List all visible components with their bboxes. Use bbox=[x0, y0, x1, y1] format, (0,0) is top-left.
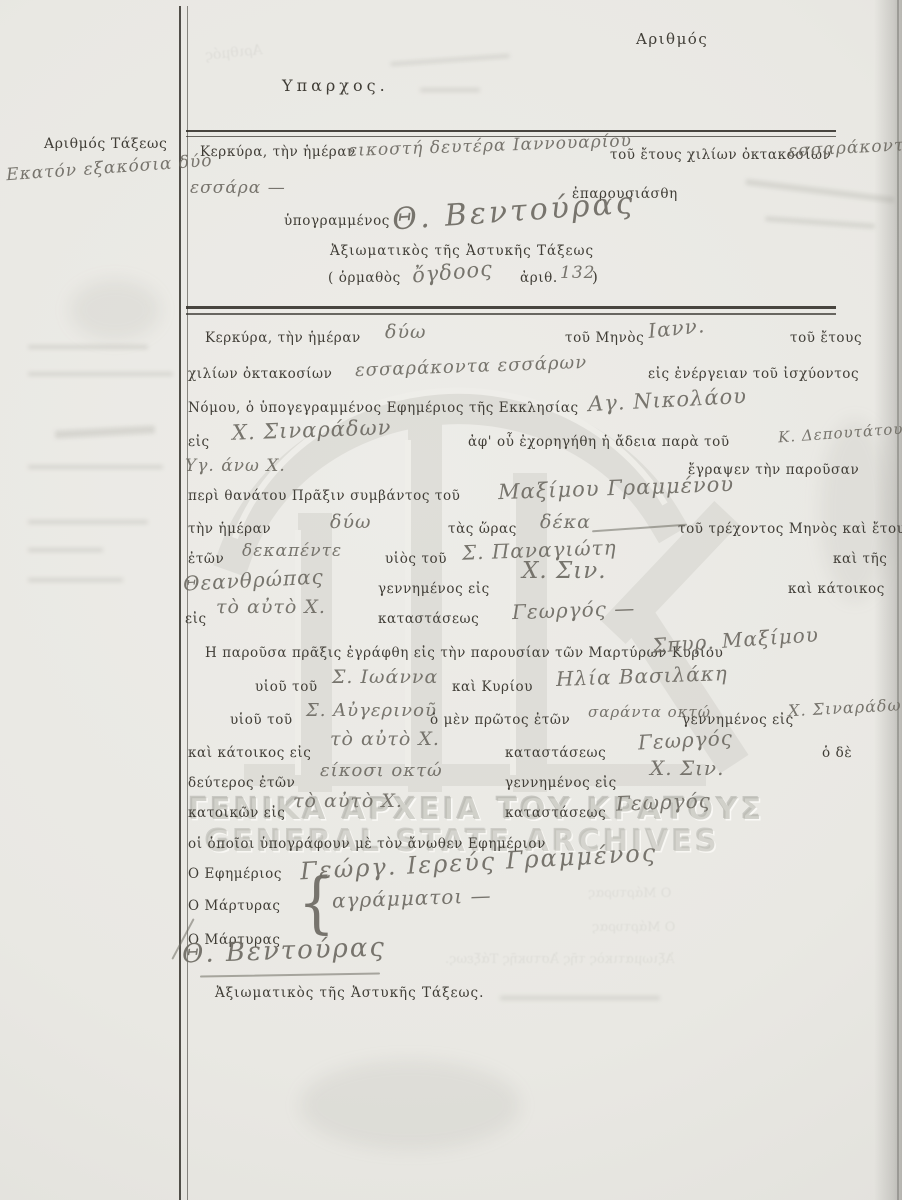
witness1-occupation-printed: καταστάσεως bbox=[505, 745, 606, 761]
witness2-born-printed: γεννημένος εἰς bbox=[505, 775, 617, 791]
act-current-month-printed: τοῦ τρέχοντος Μηνὸς καὶ ἔτους bbox=[678, 521, 902, 537]
page-number-label: Αριθμός bbox=[636, 30, 708, 48]
act-day-handwritten: δύω bbox=[385, 321, 426, 343]
bleed-witness-label: Ο Μάρτυρας bbox=[592, 920, 675, 935]
act-permission-printed: ἀφ' οὗ ἐχορηγήθη ἡ ἄδεια παρὰ τοῦ bbox=[468, 434, 730, 450]
bleed-mark bbox=[500, 996, 660, 1000]
bleed-officer-title: Ἀξιωματικὸς τῆς Ἀστυκῆς Τάξεως. bbox=[445, 952, 675, 967]
witness2-residence-handwritten: τὸ αὐτὸ Χ. bbox=[293, 790, 403, 812]
signature-flourish bbox=[200, 972, 380, 977]
act-death-day-printed: τὴν ἡμέραν bbox=[188, 521, 271, 537]
act-priest-printed: Νόμου, ὁ ὑπογεγραμμένος Εφημέριος τῆς Εκ… bbox=[188, 400, 579, 416]
act-residence-printed: εἰς bbox=[185, 611, 207, 627]
act-age-handwritten: δεκαπέντε bbox=[242, 541, 342, 561]
witness1-residence-handwritten: τὸ αὐτὸ Χ. bbox=[330, 728, 440, 750]
act-son-of-printed: υἱὸς τοῦ bbox=[385, 551, 447, 567]
bleed-mark bbox=[28, 372, 173, 376]
bleed-number-label: Αριθμός bbox=[204, 42, 263, 64]
witnesses-intro-printed: Η παροῦσα πρᾶξις ἐγράφθη εἰς τὴν παρουσί… bbox=[205, 645, 723, 661]
scanned-death-record-page: ΓΕΝΙΚΑ ΑΡΧΕΙΑ ΤΟΥ ΚΡΑΤΟΥΣ GENERAL STATE … bbox=[0, 0, 902, 1200]
priest-label: Ο Εφημέριος bbox=[188, 866, 282, 882]
bundle-open: ( ὁρμαθὸς bbox=[328, 270, 401, 286]
bleed-mark bbox=[390, 54, 510, 66]
act-and-of-printed: καὶ τῆς bbox=[833, 551, 887, 567]
paper-stain bbox=[70, 280, 160, 340]
act-birthplace-handwritten: Χ. Σιν. bbox=[522, 558, 607, 584]
witness2-occupation-handwritten: Γεωργός bbox=[616, 788, 712, 815]
witness2-occupation-printed: καταστάσεως bbox=[505, 805, 606, 821]
bleed-mark bbox=[28, 578, 123, 582]
witness2-birthplace-handwritten: Χ. Σιν. bbox=[650, 756, 724, 780]
paper-stain bbox=[300, 1060, 520, 1150]
bundle-name-handwritten: ὄγδοος bbox=[411, 257, 494, 288]
presentation-year-continuation-handwritten: εσσάρα — bbox=[190, 178, 286, 198]
bleed-mark bbox=[28, 465, 163, 469]
act-margin-handwritten: Υγ. άνω Χ. bbox=[185, 456, 286, 476]
act-occupation-handwritten: Γεωργός — bbox=[512, 596, 636, 624]
act-resident-printed: καὶ κάτοικος bbox=[788, 581, 885, 597]
bleed-mark bbox=[745, 179, 895, 203]
act-death-day-handwritten: δύω bbox=[330, 511, 371, 533]
officer-signature: Θ. Βεντούρας bbox=[182, 932, 387, 969]
act-village-printed: εἰς bbox=[188, 434, 210, 450]
act-year-printed: τοῦ ἔτους bbox=[790, 330, 862, 346]
act-place-printed: Κερκύρα, τὴν ἡμέραν bbox=[205, 330, 361, 346]
bleed-mark bbox=[55, 425, 155, 438]
bleed-mark bbox=[765, 216, 875, 229]
act-born-printed: γεννημένος εἰς bbox=[378, 581, 490, 597]
act-death-printed: περὶ θανάτου Πρᾶξιν συμβάντος τοῦ bbox=[188, 488, 460, 504]
witness2-residence-printed: κατοικῶν εἰς bbox=[188, 805, 285, 821]
witness-illiterate-note-handwritten: αγράμματοι — bbox=[332, 883, 492, 913]
bundle-close: ) bbox=[592, 268, 598, 286]
presentation-place-date-printed: Κερκύρα, τὴν ἡμέραν bbox=[200, 144, 356, 160]
witness1-son-of-printed: υἱοῦ τοῦ bbox=[255, 679, 318, 695]
bleed-witness-label: Ο Μάρτυρας bbox=[588, 886, 671, 901]
form-left-rule bbox=[179, 6, 188, 1200]
bundle-number-label: ἀριθ. bbox=[520, 270, 558, 286]
witness1-signature-label: Ο Μάρτυρας bbox=[188, 898, 281, 914]
act-residence-handwritten: τὸ αὐτὸ Χ. bbox=[216, 596, 326, 618]
bleed-mark bbox=[28, 520, 148, 524]
bundle-number-handwritten: 132 bbox=[560, 263, 595, 283]
witness1-father-handwritten: Σ. Ιωάννα bbox=[332, 666, 438, 688]
bleed-mark bbox=[28, 548, 103, 552]
officer-title: Ἀξιωματικὸς τῆς Ἀστυκῆς Τάξεως. bbox=[215, 985, 484, 1001]
bleed-mark bbox=[28, 345, 148, 349]
act-month-printed: τοῦ Μηνὸς bbox=[565, 330, 644, 346]
signed-label: ὑπογραμμένος bbox=[284, 213, 390, 229]
witness2-intro-printed: καὶ Κυρίου bbox=[452, 679, 533, 695]
act-death-hour-printed: τὰς ὥρας bbox=[448, 521, 517, 537]
witness1-born-printed: γεννημένος εἰς bbox=[682, 712, 794, 728]
order-number-label: Αριθμός Τάξεως bbox=[44, 136, 168, 152]
act-death-hour-handwritten: δέκα bbox=[540, 511, 591, 533]
witness1-occupation-handwritten: Γεωργός bbox=[637, 726, 733, 755]
witness-second-intro-printed: ὁ δὲ bbox=[822, 745, 852, 761]
witness-brace: { bbox=[298, 863, 336, 941]
presentation-officer-title: Ἀξιωματικὸς τῆς Ἀστυκῆς Τάξεως bbox=[330, 243, 594, 259]
presentation-officer-signature: Θ. Βεντούρας bbox=[391, 186, 637, 238]
act-law-printed: εἰς ἐνέργειαν τοῦ ἰσχύοντος bbox=[648, 366, 859, 382]
act-age-printed: ἐτῶν bbox=[188, 551, 224, 567]
bleed-mark bbox=[420, 88, 480, 92]
witness2-father-handwritten: Σ. Αὐγερινοῦ bbox=[306, 700, 437, 721]
witness2-age-printed: δεύτερος ἐτῶν bbox=[188, 775, 295, 791]
form-section-rule bbox=[186, 306, 836, 315]
act-year2-printed: χιλίων ὀκτακοσίων bbox=[188, 366, 332, 382]
document-title: Υπαρχος. bbox=[282, 76, 389, 95]
witness2-son-of-printed: υἱοῦ τοῦ bbox=[230, 712, 293, 728]
witness2-age-handwritten: είκοσι οκτώ bbox=[320, 760, 443, 781]
witness1-age-printed: ὁ μὲν πρῶτος ἐτῶν bbox=[430, 712, 570, 728]
witness1-residence-printed: καὶ κάτοικος εἰς bbox=[188, 745, 311, 761]
page-edge-line bbox=[897, 0, 899, 1200]
act-occupation-printed: καταστάσεως bbox=[378, 611, 479, 627]
